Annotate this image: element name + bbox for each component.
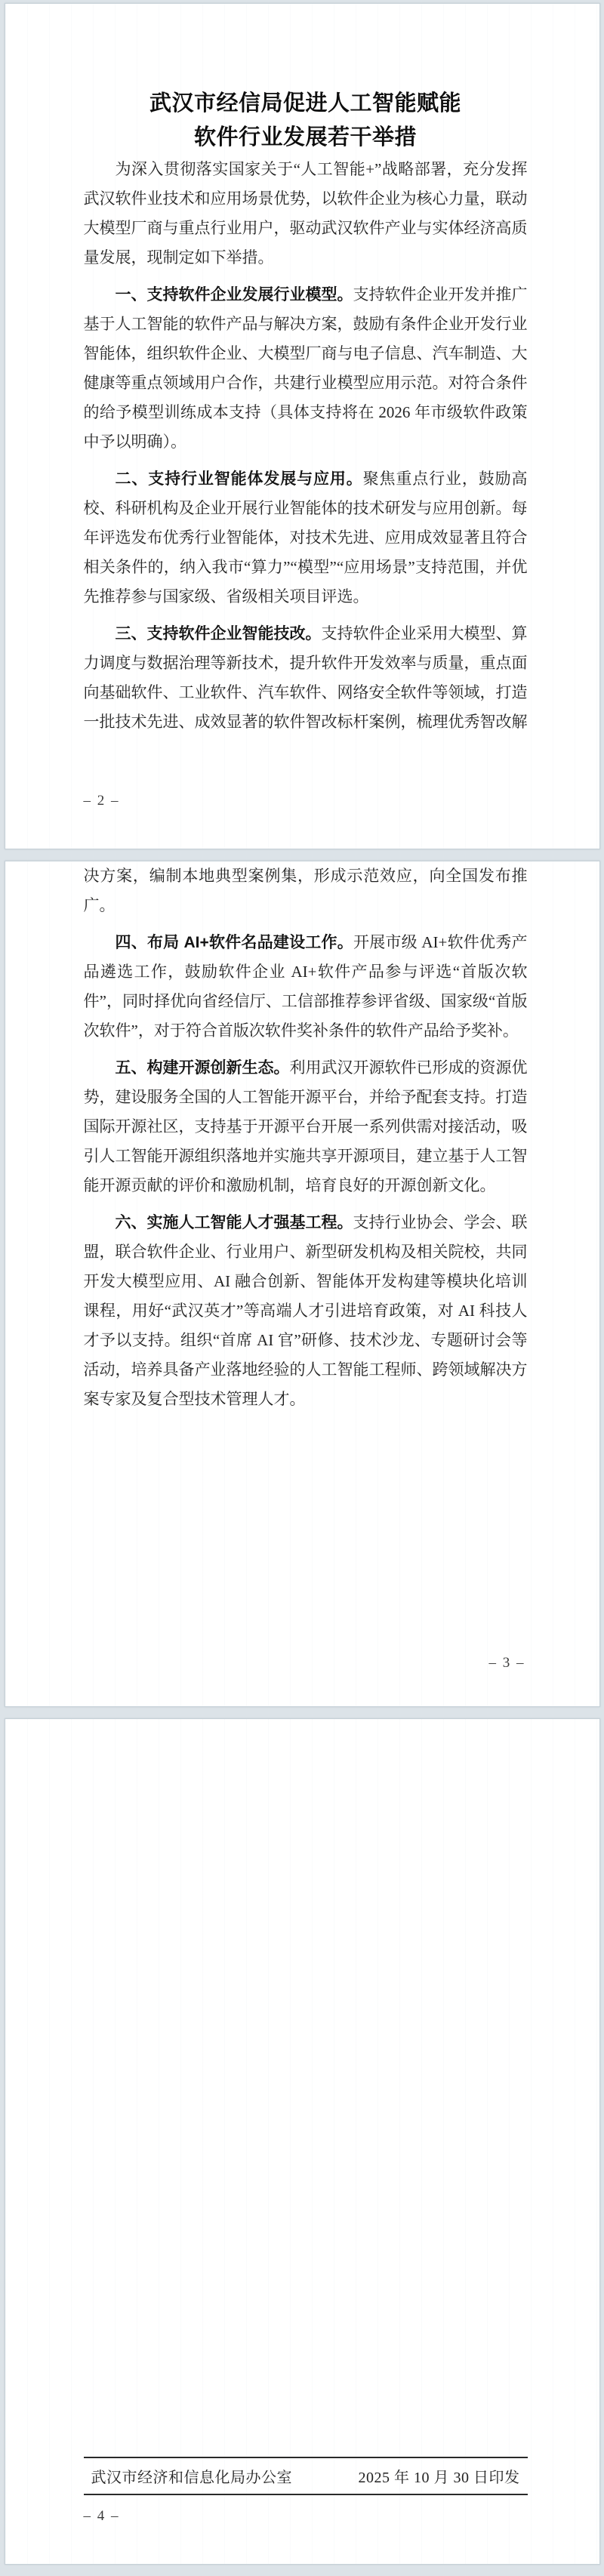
- section-2-heading: 二、支持行业智能体发展与应用。: [116, 470, 363, 488]
- section-1-paragraph: 一、支持软件企业发展行业模型。支持软件企业开发并推广基于人工智能的软件产品与解决…: [84, 280, 528, 457]
- section-3-paragraph: 三、支持软件企业智能技改。支持软件企业采用大模型、算力调度与数据治理等新技术，提…: [84, 619, 528, 737]
- colophon-print-date: 2025 年 10 月 30 日印发: [359, 2465, 520, 2487]
- section-3-continuation: 决方案，编制本地典型案例集，形成示范效应，向全国发布推广。: [84, 861, 528, 920]
- section-5-heading: 五、构建开源创新生态。: [116, 1059, 290, 1077]
- page-3: 武汉市经济和信息化局办公室 2025 年 10 月 30 日印发 – 4 –: [5, 1718, 600, 2565]
- section-1-heading: 一、支持软件企业发展行业模型。: [116, 286, 353, 304]
- document-title-line-1: 武汉市经信局促进人工智能赋能: [84, 87, 528, 121]
- colophon-issuer: 武汉市经济和信息化局办公室: [91, 2465, 293, 2487]
- document-title: 武汉市经信局促进人工智能赋能 软件行业发展若干举措: [84, 87, 528, 155]
- page-2: 决方案，编制本地典型案例集，形成示范效应，向全国发布推广。 四、布局 AI+软件…: [5, 861, 600, 1707]
- section-2-paragraph: 二、支持行业智能体发展与应用。聚焦重点行业，鼓励高校、科研机构及企业开展行业智能…: [84, 464, 528, 612]
- section-4-paragraph: 四、布局 AI+软件名品建设工作。开展市级 AI+软件优秀产品遴选工作，鼓励软件…: [84, 928, 528, 1046]
- intro-paragraph: 为深入贯彻落实国家关于“人工智能+”战略部署，充分发挥武汉软件业技术和应用场景优…: [84, 155, 528, 273]
- page-2-content: 决方案，编制本地典型案例集，形成示范效应，向全国发布推广。 四、布局 AI+软件…: [84, 861, 528, 1422]
- section-2-text: 聚焦重点行业，鼓励高校、科研机构及企业开展行业智能体的技术研发与应用创新。每年评…: [84, 470, 528, 605]
- document-viewer: 武汉市经信局促进人工智能赋能 软件行业发展若干举措 为深入贯彻落实国家关于“人工…: [0, 0, 604, 2565]
- page-number-4: – 4 –: [84, 2508, 120, 2525]
- section-1-text: 支持软件企业开发并推广基于人工智能的软件产品与解决方案，鼓励有条件企业开发行业智…: [84, 285, 528, 451]
- colophon: 武汉市经济和信息化局办公室 2025 年 10 月 30 日印发: [84, 2457, 528, 2495]
- page-1-content: 武汉市经信局促进人工智能赋能 软件行业发展若干举措 为深入贯彻落实国家关于“人工…: [84, 4, 528, 744]
- page-2-body: 决方案，编制本地典型案例集，形成示范效应，向全国发布推广。 四、布局 AI+软件…: [84, 861, 528, 1414]
- document-title-line-2: 软件行业发展若干举措: [84, 121, 528, 155]
- section-3-heading: 三、支持软件企业智能技改。: [116, 625, 322, 642]
- page-number-3: – 3 –: [489, 1655, 525, 1672]
- section-4-heading: 四、布局 AI+软件名品建设工作。: [116, 934, 353, 951]
- section-6-text: 支持行业协会、学会、联盟，联合软件企业、行业用户、新型研发机构及相关院校，共同开…: [84, 1213, 528, 1408]
- page-1: 武汉市经信局促进人工智能赋能 软件行业发展若干举措 为深入贯彻落实国家关于“人工…: [5, 3, 600, 849]
- page-1-body: 为深入贯彻落实国家关于“人工智能+”战略部署，充分发挥武汉软件业技术和应用场景优…: [84, 155, 528, 737]
- section-5-text: 利用武汉开源软件已形成的资源优势，建设服务全国的人工智能开源平台，并给予配套支持…: [84, 1058, 528, 1194]
- section-5-paragraph: 五、构建开源创新生态。利用武汉开源软件已形成的资源优势，建设服务全国的人工智能开…: [84, 1053, 528, 1200]
- section-6-paragraph: 六、实施人工智能人才强基工程。支持行业协会、学会、联盟，联合软件企业、行业用户、…: [84, 1208, 528, 1414]
- page-number-2: – 2 –: [84, 793, 120, 809]
- section-6-heading: 六、实施人工智能人才强基工程。: [116, 1214, 353, 1231]
